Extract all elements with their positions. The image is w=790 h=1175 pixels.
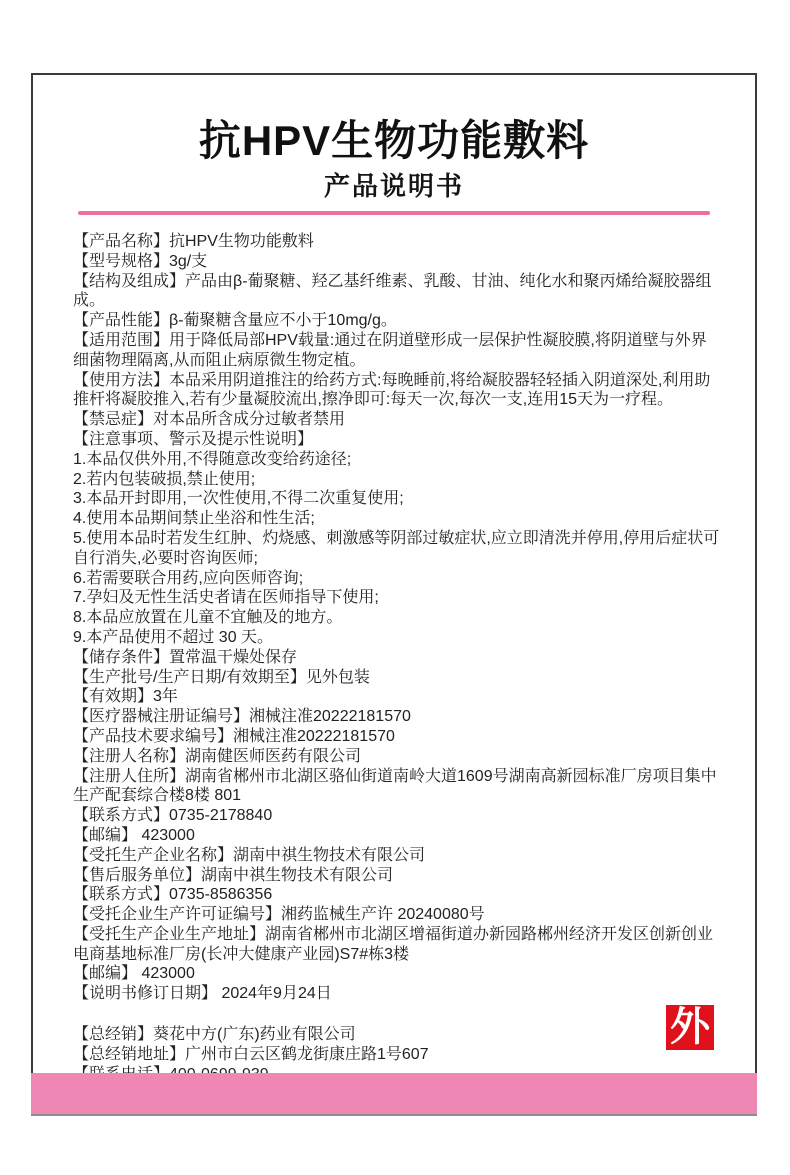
blank-line xyxy=(73,1004,721,1025)
body-line: 【售后服务单位】湖南中祺生物技术有限公司 xyxy=(73,866,721,886)
body-line: 8.本品应放置在儿童不宜触及的地方。 xyxy=(73,608,721,628)
body-line: 【受托企业生产许可证编号】湘药监械生产许 20240080号 xyxy=(73,905,721,925)
product-title: 抗HPV生物功能敷料 xyxy=(33,117,755,165)
body-line: 2.若内包装破损,禁止使用; xyxy=(73,470,721,490)
leaflet-sheet: 抗HPV生物功能敷料 产品说明书 【产品名称】抗HPV生物功能敷料【型号规格】3… xyxy=(31,73,757,1073)
body-line: 【生产批号/生产日期/有效期至】见外包装 xyxy=(73,668,721,688)
body-line: 【受托生产企业名称】湖南中祺生物技术有限公司 xyxy=(73,846,721,866)
body-line: 【禁忌症】对本品所含成分过敏者禁用 xyxy=(73,410,721,430)
document-subtitle: 产品说明书 xyxy=(33,170,755,202)
body-line: 5.使用本品时若发生红肿、灼烧感、刺激感等阴部过敏症状,应立即清洗并停用,停用后… xyxy=(73,529,721,569)
body-line: 【结构及组成】产品由β-葡聚糖、羟乙基纤维素、乳酸、甘油、纯化水和聚丙烯给凝胶器… xyxy=(73,272,721,312)
body-line: 4.使用本品期间禁止坐浴和性生活; xyxy=(73,509,721,529)
body-line: 【使用方法】本品采用阴道推注的给药方式:每晚睡前,将给凝胶器轻轻插入阴道深处,利… xyxy=(73,371,721,411)
body-line: 【注册人住所】湖南省郴州市北湖区骆仙街道南岭大道1609号湖南高新园标准厂房项目… xyxy=(73,767,721,807)
distributor-line: 【总经销】葵花中方(广东)药业有限公司 xyxy=(73,1025,721,1045)
body-line: 【注意事项、警示及提示性说明】 xyxy=(73,430,721,450)
body-line: 【联系方式】0735-2178840 xyxy=(73,806,721,826)
body-line: 3.本品开封即用,一次性使用,不得二次重复使用; xyxy=(73,489,721,509)
distributor-line: 【联系电话】400-0699-939 xyxy=(73,1065,721,1073)
body-line: 【适用范围】用于降低局部HPV载量:通过在阴道壁形成一层保护性凝胶膜,将阴道壁与… xyxy=(73,331,721,371)
body-line: 1.本品仅供外用,不得随意改变给药途径; xyxy=(73,450,721,470)
pink-divider xyxy=(78,211,710,215)
external-use-stamp: 外 xyxy=(666,1005,714,1050)
leaflet-body: 【产品名称】抗HPV生物功能敷料【型号规格】3g/支【结构及组成】产品由β-葡聚… xyxy=(33,232,755,1073)
body-line: 【邮编】 423000 xyxy=(73,826,721,846)
body-line: 【有效期】3年 xyxy=(73,687,721,707)
body-line: 【联系方式】0735-8586356 xyxy=(73,885,721,905)
distributor-line: 【总经销地址】广州市白云区鹤龙街康庄路1号607 xyxy=(73,1045,721,1065)
body-line: 【型号规格】3g/支 xyxy=(73,252,721,272)
body-line: 【储存条件】置常温干燥处保存 xyxy=(73,648,721,668)
body-line: 【产品性能】β-葡聚糖含量应不小于10mg/g。 xyxy=(73,311,721,331)
body-line: 【产品技术要求编号】湘械注准20222181570 xyxy=(73,727,721,747)
body-line: 【受托生产企业生产地址】湖南省郴州市北湖区增福街道办新园路郴州经济开发区创新创业… xyxy=(73,925,721,965)
body-line: 【说明书修订日期】 2024年9月24日 xyxy=(73,984,721,1004)
body-line: 9.本产品使用不超过 30 天。 xyxy=(73,628,721,648)
footer-pink-bar xyxy=(31,1073,757,1116)
body-line: 【邮编】 423000 xyxy=(73,964,721,984)
leaflet-page: 抗HPV生物功能敷料 产品说明书 【产品名称】抗HPV生物功能敷料【型号规格】3… xyxy=(0,0,790,1175)
body-line: 6.若需要联合用药,应向医师咨询; xyxy=(73,569,721,589)
leaflet-frame: 抗HPV生物功能敷料 产品说明书 【产品名称】抗HPV生物功能敷料【型号规格】3… xyxy=(31,73,757,1116)
body-line: 【注册人名称】湖南健医师医药有限公司 xyxy=(73,747,721,767)
body-line: 【医疗器械注册证编号】湘械注准20222181570 xyxy=(73,707,721,727)
body-line: 7.孕妇及无性生活史者请在医师指导下使用; xyxy=(73,588,721,608)
body-line: 【产品名称】抗HPV生物功能敷料 xyxy=(73,232,721,252)
